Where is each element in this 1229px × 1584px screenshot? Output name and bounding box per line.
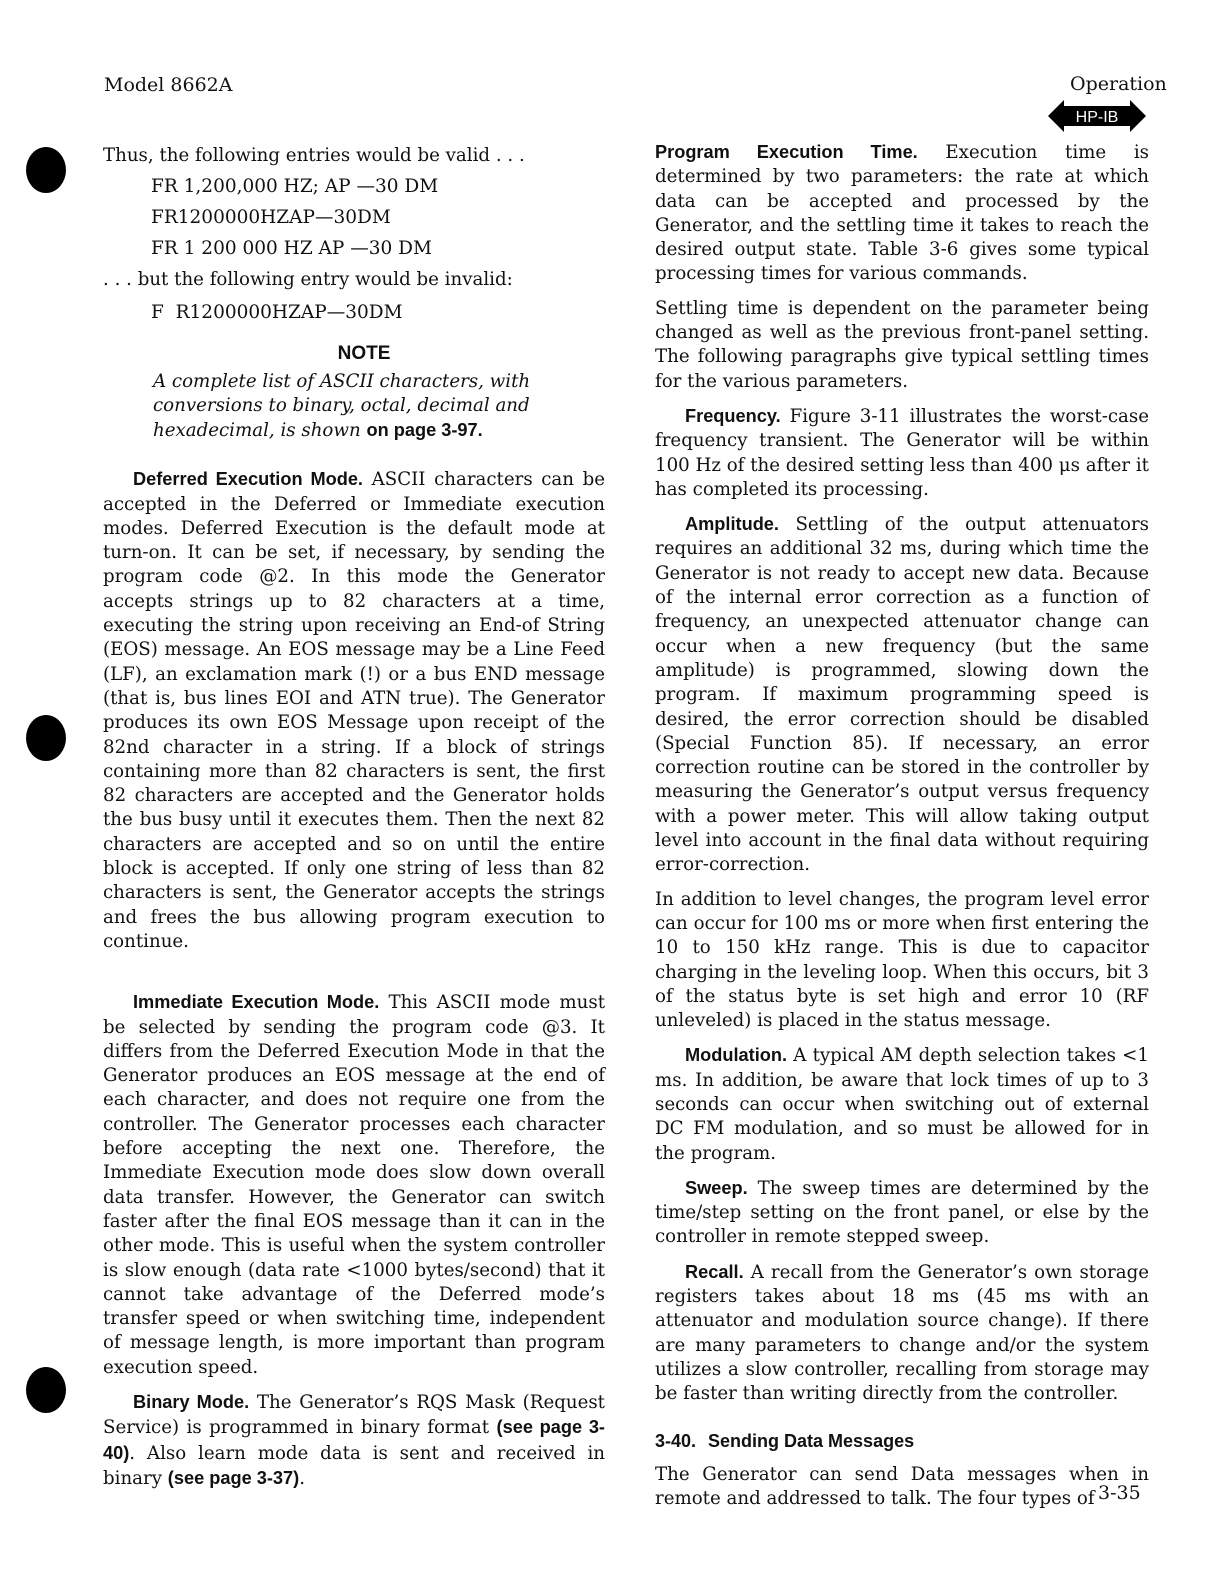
note-body: A complete list of ASCII characters, wit… — [103, 370, 605, 443]
sweep-heading: Sweep. — [685, 1178, 748, 1198]
modulation-heading: Modulation. — [685, 1045, 787, 1065]
hpib-badge: HP-IB — [1048, 100, 1146, 132]
immediate-paragraph: Immediate Execution Mode. This ASCII mod… — [103, 990, 605, 1380]
binary-page-ref-2: (see page 3-37) — [168, 1468, 299, 1488]
section-body: The Generator can send Data messages whe… — [655, 1463, 1149, 1512]
valid-intro: Thus, the following entries would be val… — [103, 140, 605, 171]
binder-hole-top — [26, 147, 66, 193]
valid-entry: FR 1 200 000 HZ AP —30 DM — [103, 233, 605, 264]
program-execution-heading: Program Execution Time. — [655, 142, 918, 162]
invalid-intro: . . . but the following entry would be i… — [103, 264, 605, 295]
deferred-heading: Deferred Execution Mode. — [133, 469, 363, 489]
frequency-paragraph: Frequency. Figure 3-11 illustrates the w… — [655, 404, 1149, 502]
section-title: Sending Data Messages — [708, 1431, 914, 1451]
recall-body: A recall from the Generator’s own storag… — [655, 1262, 1149, 1404]
note-title: NOTE — [103, 342, 605, 366]
program-execution-body: Execution time is determined by two para… — [655, 142, 1149, 284]
section-number: 3-40. — [655, 1431, 696, 1451]
right-column: Program Execution Time. Execution time i… — [655, 140, 1149, 1511]
sweep-paragraph: Sweep. The sweep times are determined by… — [655, 1176, 1149, 1250]
binary-heading: Binary Mode. — [133, 1392, 249, 1412]
immediate-heading: Immediate Execution Mode. — [133, 992, 379, 1012]
page-number: 3-35 — [1098, 1482, 1141, 1504]
hpib-badge-label: HP-IB — [1076, 109, 1119, 126]
double-arrow-icon: HP-IB — [1048, 100, 1146, 132]
program-execution-paragraph: Program Execution Time. Execution time i… — [655, 140, 1149, 287]
amplitude-heading: Amplitude. — [685, 514, 779, 534]
invalid-entry: F R1200000HZAP—30DM — [103, 297, 605, 328]
modulation-paragraph: Modulation. A typical AM depth selection… — [655, 1043, 1149, 1165]
binary-paragraph: Binary Mode. The Generator’s RQS Mask (R… — [103, 1390, 605, 1491]
binder-hole-bottom — [26, 1367, 66, 1413]
level-changes-paragraph: In addition to level changes, the progra… — [655, 888, 1149, 1034]
section-heading: 3-40.Sending Data Messages — [655, 1429, 1149, 1453]
model-label: Model 8662A — [104, 74, 233, 96]
valid-entry: FR 1,200,000 HZ; AP —30 DM — [103, 171, 605, 202]
recall-paragraph: Recall. A recall from the Generator’s ow… — [655, 1260, 1149, 1407]
frequency-heading: Frequency. — [685, 406, 781, 426]
note-page-ref: on page 3-97. — [366, 420, 482, 440]
section-label: Operation — [1070, 73, 1167, 95]
amplitude-paragraph: Amplitude. Settling of the output attenu… — [655, 512, 1149, 877]
recall-heading: Recall. — [685, 1262, 744, 1282]
binder-hole-middle — [26, 715, 66, 761]
deferred-body: ASCII characters can be accepted in the … — [103, 469, 605, 952]
left-column: Thus, the following entries would be val… — [103, 140, 605, 1491]
amplitude-body: Settling of the output attenuators requi… — [655, 514, 1149, 875]
settling-paragraph: Settling time is dependent on the parame… — [655, 297, 1149, 394]
valid-entry: FR1200000HZAP—30DM — [103, 202, 605, 233]
immediate-body: This ASCII mode must be selected by send… — [103, 992, 605, 1377]
deferred-paragraph: Deferred Execution Mode. ASCII character… — [103, 467, 605, 954]
binary-body-3: . — [299, 1468, 305, 1489]
